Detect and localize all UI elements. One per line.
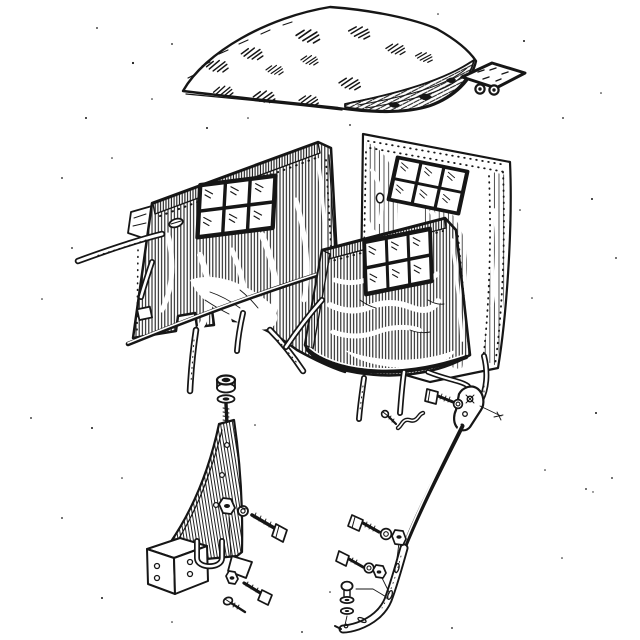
bolt-head	[348, 515, 363, 531]
left-side-panel	[78, 142, 345, 391]
left-window	[197, 176, 275, 238]
stud-assembly	[217, 376, 235, 425]
support-bracket	[147, 376, 252, 595]
brace-strap	[335, 387, 503, 629]
top-bolt-head	[425, 389, 438, 404]
roof-panel	[183, 7, 476, 112]
washer	[381, 529, 392, 540]
washer	[364, 563, 374, 573]
bolt-head	[336, 551, 349, 566]
stack-bolt-head	[341, 582, 352, 591]
long-bolt-head	[272, 524, 287, 542]
scanned-parts-diagram-page	[0, 0, 640, 640]
long-bolt-shank	[252, 515, 276, 529]
exploded-view-illustration	[0, 0, 640, 640]
top-lock-washer	[454, 400, 463, 409]
left-buckle	[137, 307, 152, 320]
right-window	[364, 229, 432, 294]
